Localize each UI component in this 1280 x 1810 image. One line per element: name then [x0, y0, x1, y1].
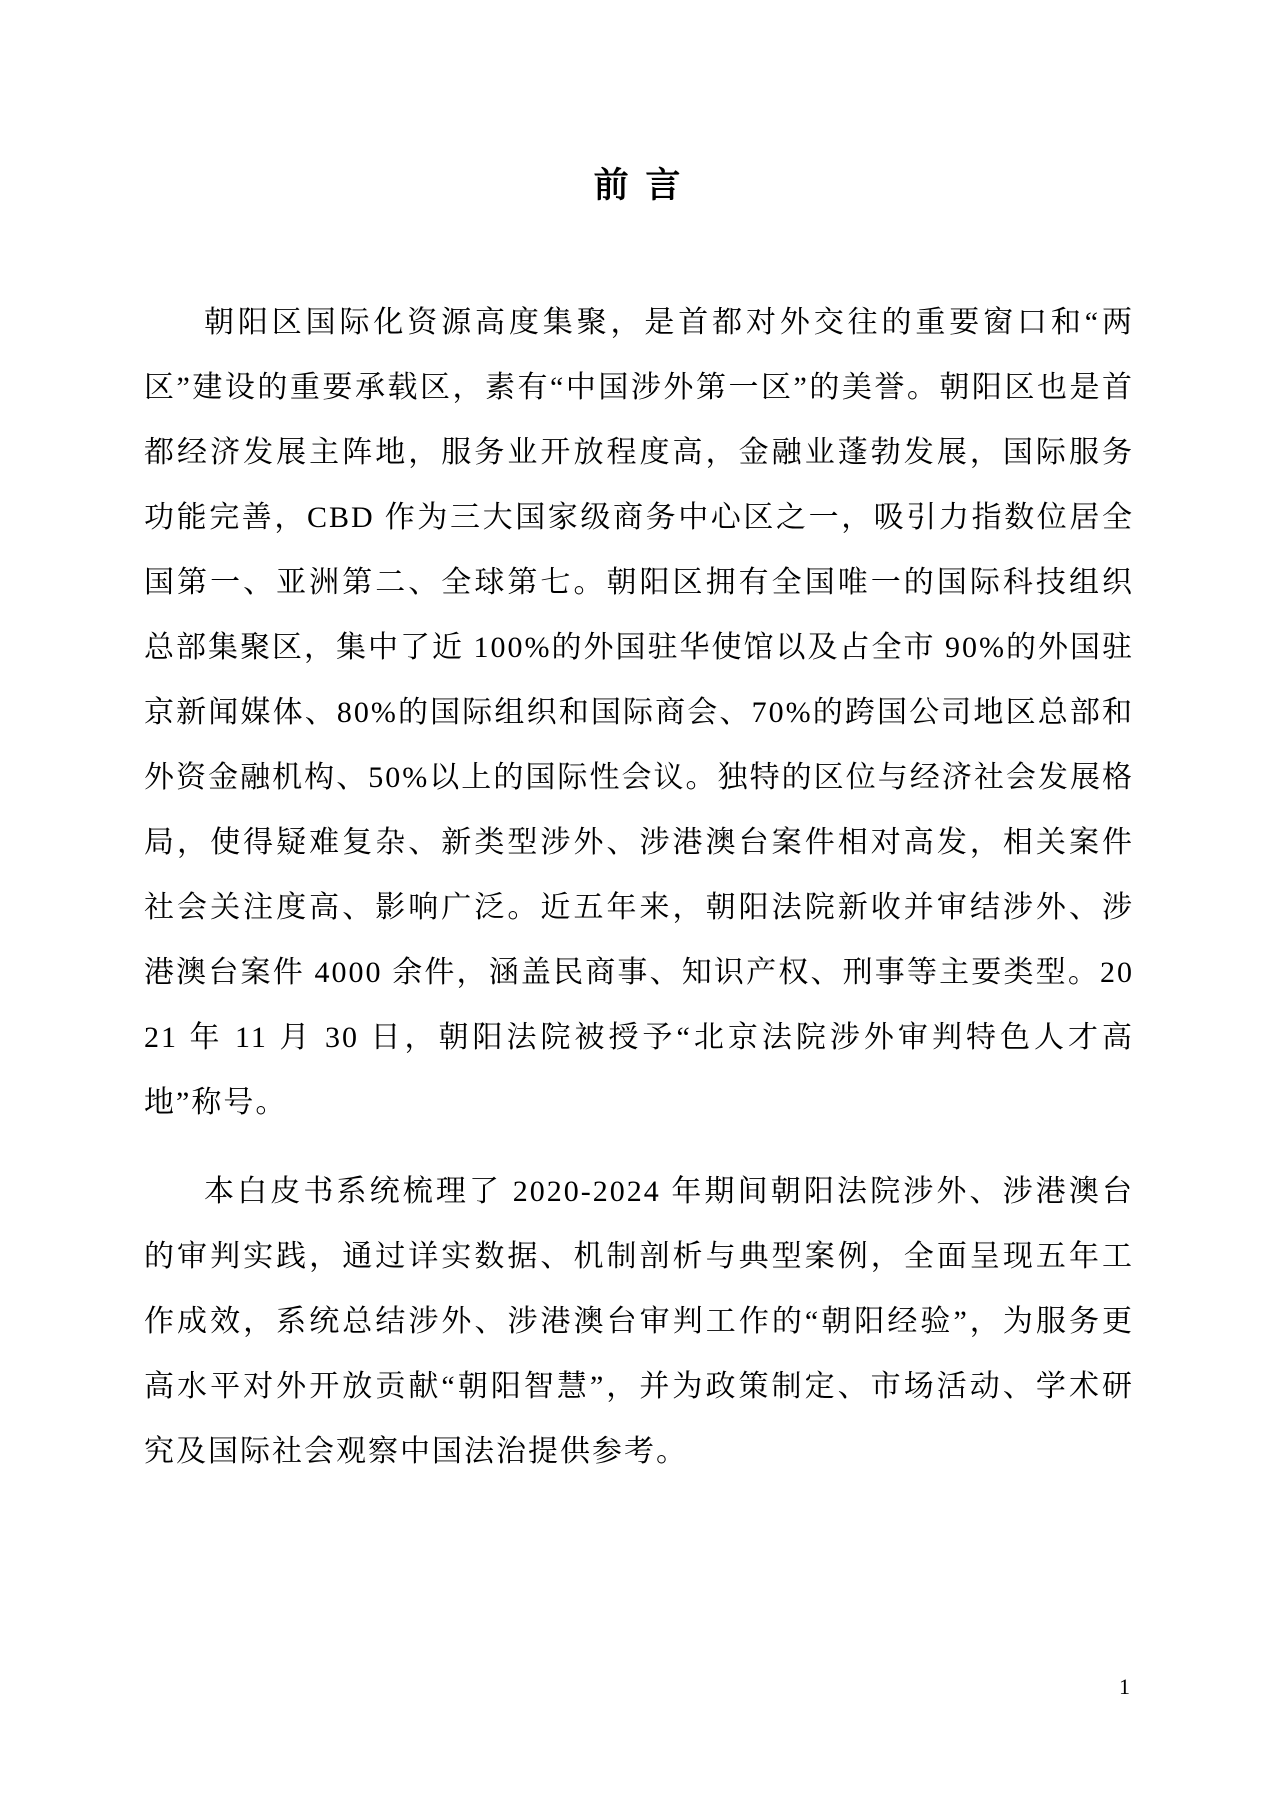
body-text: 朝阳区国际化资源高度集聚，是首都对外交往的重要窗口和“两区”建设的重要承载区，素…: [144, 290, 1134, 1484]
paragraph: 本白皮书系统梳理了 2020-2024 年期间朝阳法院涉外、涉港澳台的审判实践，…: [144, 1159, 1134, 1484]
page-content: 前 言 朝阳区国际化资源高度集聚，是首都对外交往的重要窗口和“两区”建设的重要承…: [144, 0, 1134, 1484]
paragraph: 朝阳区国际化资源高度集聚，是首都对外交往的重要窗口和“两区”建设的重要承载区，素…: [144, 290, 1134, 1135]
document-page: 前 言 朝阳区国际化资源高度集聚，是首都对外交往的重要窗口和“两区”建设的重要承…: [0, 0, 1280, 1810]
page-number: 1: [1119, 1676, 1130, 1698]
page-title: 前 言: [144, 166, 1134, 206]
